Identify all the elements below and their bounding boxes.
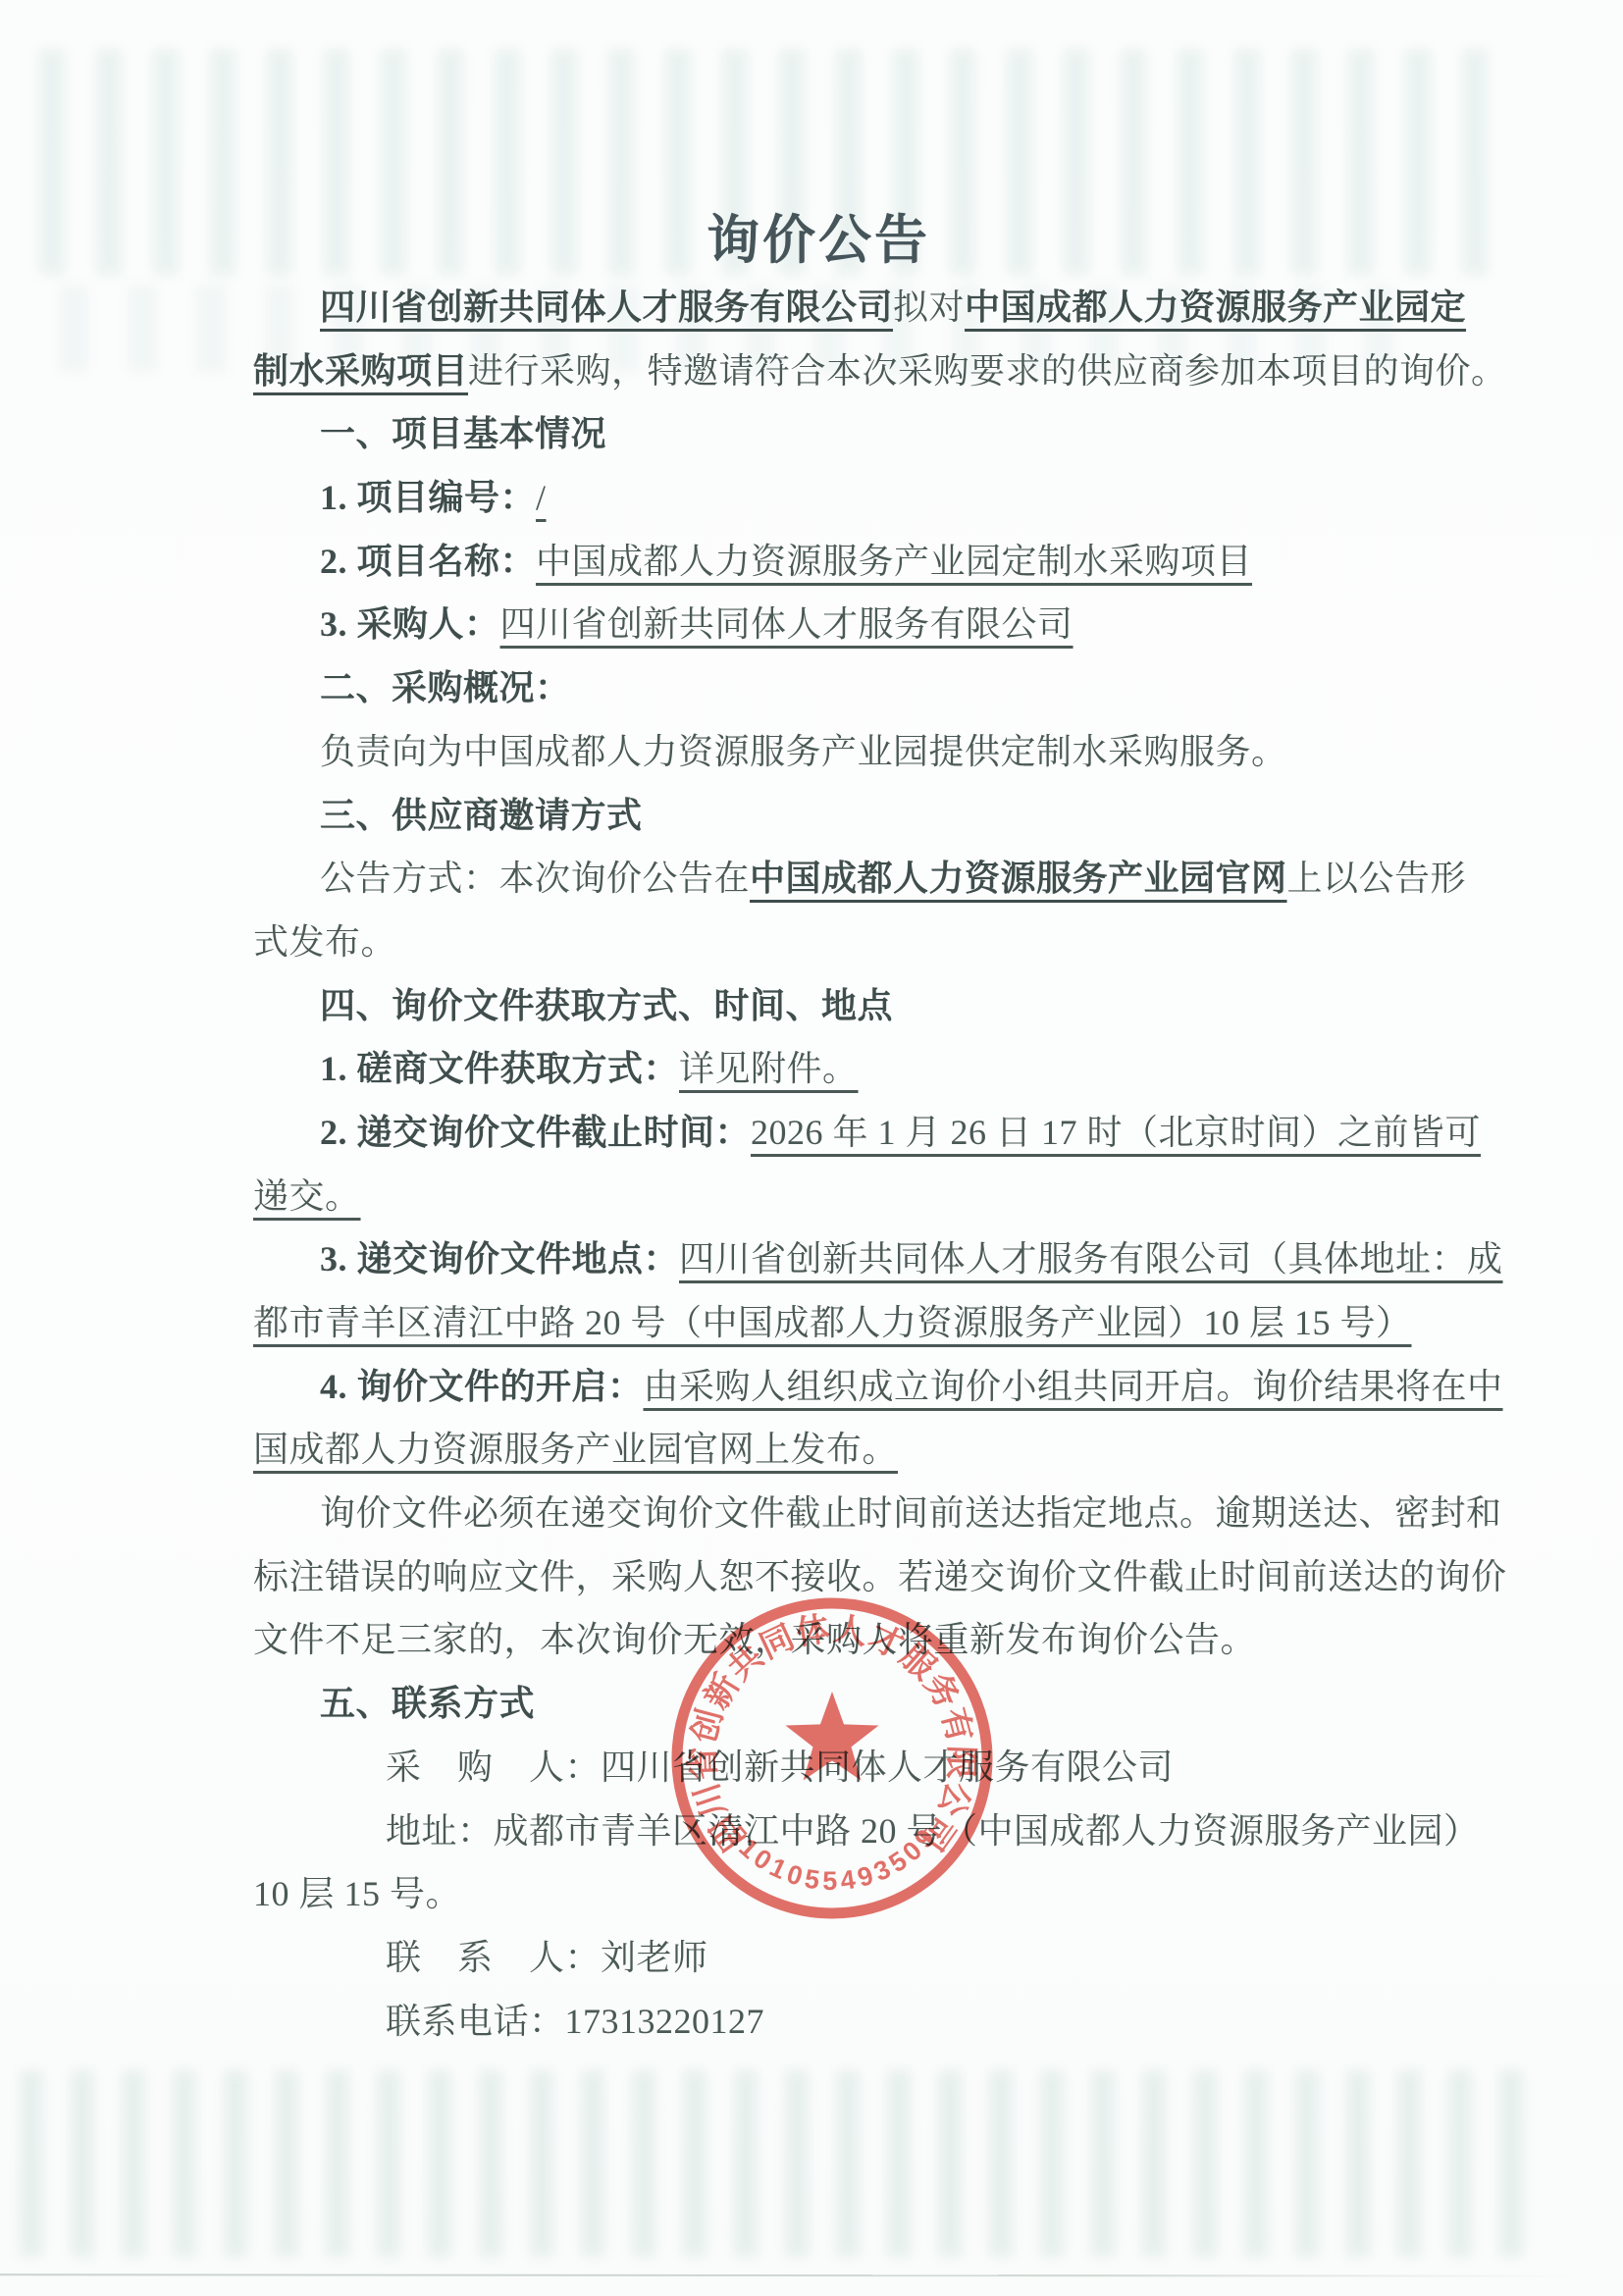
text-segment: 3. 采购人：: [320, 604, 500, 644]
doc-line: 3. 采购人：四川省创新共同体人才服务有限公司: [253, 593, 1486, 656]
underlined-text-segment: /: [536, 478, 547, 517]
text-segment: 三、供应商邀请方式: [320, 796, 643, 835]
text-segment: 上以公告形: [1287, 859, 1467, 898]
doc-line: 一、项目基本情况: [253, 402, 1486, 466]
text-segment: 2. 项目名称：: [320, 542, 536, 581]
doc-line: 递交。: [253, 1165, 1486, 1228]
text-segment: 五、联系方式: [320, 1684, 535, 1723]
underlined-text-segment: 2026 年 1 月 26 日 17 时（北京时间）之前皆可: [751, 1113, 1481, 1152]
doc-line: 1. 项目编号：/: [253, 466, 1486, 530]
text-segment: 3. 递交询价文件地点：: [320, 1239, 679, 1278]
underlined-text-segment: 递交。: [253, 1176, 361, 1216]
doc-line: 二、采购概况：: [253, 656, 1486, 720]
text-segment: 公告方式：本次询价公告在: [320, 859, 750, 898]
doc-line: 2. 递交询价文件截止时间：2026 年 1 月 26 日 17 时（北京时间）…: [253, 1101, 1486, 1165]
text-segment: 进行采购，特邀请符合本次采购要求的供应商参加本项目的询价。: [468, 351, 1507, 391]
underlined-text-segment: 由采购人组织成立询价小组共同开启。询价结果将在中: [644, 1367, 1503, 1406]
underlined-text-segment: 详见附件。: [679, 1049, 859, 1088]
underlined-text-segment: 中国成都人力资源服务产业园官网: [750, 859, 1287, 898]
doc-line: 公告方式：本次询价公告在中国成都人力资源服务产业园官网上以公告形: [253, 847, 1486, 911]
doc-line: 联 系 人：刘老师: [253, 1926, 1486, 1990]
doc-line: 四、询价文件获取方式、时间、地点: [253, 974, 1486, 1038]
text-segment: 1. 项目编号：: [320, 478, 536, 517]
underlined-text-segment: 四川省创新共同体人才服务有限公司（具体地址：成: [679, 1239, 1503, 1278]
company-seal: 四川省创新共同体人才服务有限公司 5101055493509: [665, 1592, 999, 1925]
text-segment: 四、询价文件获取方式、时间、地点: [320, 986, 893, 1025]
text-segment: 4. 询价文件的开启：: [320, 1367, 644, 1406]
doc-line: 国成都人力资源服务产业园官网上发布。: [253, 1418, 1486, 1482]
scan-fold-line: [0, 2273, 1578, 2276]
doc-line: 式发布。: [253, 911, 1486, 974]
text-segment: 询价文件必须在递交询价文件截止时间前送达指定地点。逾期送达、密封和: [320, 1493, 1502, 1533]
seal-number: 5101055493509: [720, 1820, 944, 1896]
doc-line: 四川省创新共同体人才服务有限公司拟对中国成都人力资源服务产业园定: [253, 276, 1486, 339]
text-segment: 一、项目基本情况: [320, 414, 606, 453]
underlined-text-segment: 国成都人力资源服务产业园官网上发布。: [253, 1430, 898, 1469]
doc-line: 2. 项目名称：中国成都人力资源服务产业园定制水采购项目: [253, 530, 1486, 594]
scan-bleed-artifact: [20, 2070, 1550, 2257]
underlined-text-segment: 四川省创新共同体人才服务有限公司: [320, 287, 893, 327]
seal-star-icon: [785, 1692, 878, 1780]
text-segment: 拟对: [893, 287, 965, 327]
doc-line: 询价文件必须在递交询价文件截止时间前送达指定地点。逾期送达、密封和: [253, 1482, 1486, 1545]
text-segment: 1. 磋商文件获取方式：: [320, 1049, 679, 1088]
underlined-text-segment: 中国成都人力资源服务产业园定: [965, 287, 1466, 327]
text-segment: 10 层 15 号。: [253, 1874, 461, 1913]
text-segment: 负责向为中国成都人力资源服务产业园提供定制水采购服务。: [320, 732, 1287, 771]
underlined-text-segment: 中国成都人力资源服务产业园定制水采购项目: [536, 542, 1252, 581]
page-title: 询价公告: [0, 198, 1623, 274]
doc-line: 1. 磋商文件获取方式：详见附件。: [253, 1037, 1486, 1101]
doc-line: 三、供应商邀请方式: [253, 784, 1486, 848]
text-segment: 联系电话：17313220127: [386, 2002, 764, 2041]
doc-line: 联系电话：17313220127: [253, 1990, 1486, 2054]
doc-line: 4. 询价文件的开启：由采购人组织成立询价小组共同开启。询价结果将在中: [253, 1355, 1486, 1419]
doc-line: 3. 递交询价文件地点：四川省创新共同体人才服务有限公司（具体地址：成: [253, 1227, 1486, 1291]
text-segment: 标注错误的响应文件，采购人恕不接收。若递交询价文件截止时间前送达的询价: [253, 1557, 1507, 1596]
doc-line: 负责向为中国成都人力资源服务产业园提供定制水采购服务。: [253, 720, 1486, 784]
text-segment: 二、采购概况：: [320, 668, 571, 707]
underlined-text-segment: 四川省创新共同体人才服务有限公司: [500, 604, 1073, 644]
doc-line: 都市青羊区清江中路 20 号（中国成都人力资源服务产业园）10 层 15 号）: [253, 1291, 1486, 1355]
text-segment: 式发布。: [253, 922, 396, 962]
doc-line: 制水采购项目进行采购，特邀请符合本次采购要求的供应商参加本项目的询价。: [253, 339, 1486, 403]
document-page: 询价公告 四川省创新共同体人才服务有限公司拟对中国成都人力资源服务产业园定制水采…: [0, 0, 1623, 2296]
underlined-text-segment: 都市青羊区清江中路 20 号（中国成都人力资源服务产业园）10 层 15 号）: [253, 1303, 1412, 1342]
text-segment: 2. 递交询价文件截止时间：: [320, 1113, 751, 1152]
text-segment: 联 系 人：刘老师: [386, 1938, 708, 1977]
underlined-text-segment: 制水采购项目: [253, 351, 468, 391]
